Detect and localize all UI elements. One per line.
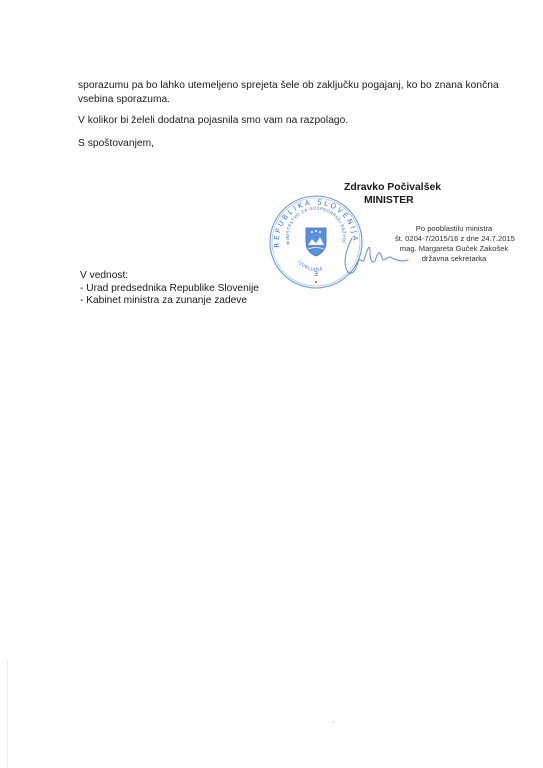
- body-paragraph-line: vsebina sporazuma.: [78, 93, 170, 107]
- body-paragraph-line: sporazumu pa bo lahko utemeljeno sprejet…: [78, 79, 499, 93]
- svg-text:3: 3: [314, 270, 318, 278]
- authorization-note: Po pooblastilu ministra št. 0204-7/2015/…: [395, 224, 513, 264]
- signer-title: MINISTER: [364, 195, 414, 206]
- body-paragraph: V kolikor bi želeli dodatna pojasnila sm…: [78, 114, 348, 128]
- document-page: sporazumu pa bo lahko utemeljeno sprejet…: [0, 0, 543, 768]
- cc-recipient: - Kabinet ministra za zunanje zadeve: [80, 295, 259, 308]
- cc-recipient: - Urad predsednika Republike Slovenije: [80, 283, 259, 296]
- cc-label: V vednost:: [80, 270, 259, 283]
- scan-artifact: [332, 721, 335, 723]
- svg-text:LJUBLJANA: LJUBLJANA: [296, 259, 323, 273]
- authorization-line: št. 0204-7/2015/16 z dne 24.7.2015: [395, 234, 513, 244]
- cc-list: V vednost: - Urad predsednika Republike …: [80, 270, 259, 308]
- authorization-line: državna sekretarka: [395, 254, 513, 264]
- authorization-line: mag. Margareta Guček Zakošek: [395, 244, 513, 254]
- scan-edge-line: [7, 660, 8, 768]
- closing-salutation: S spoštovanjem,: [78, 137, 154, 151]
- authorization-line: Po pooblastilu ministra: [395, 224, 513, 234]
